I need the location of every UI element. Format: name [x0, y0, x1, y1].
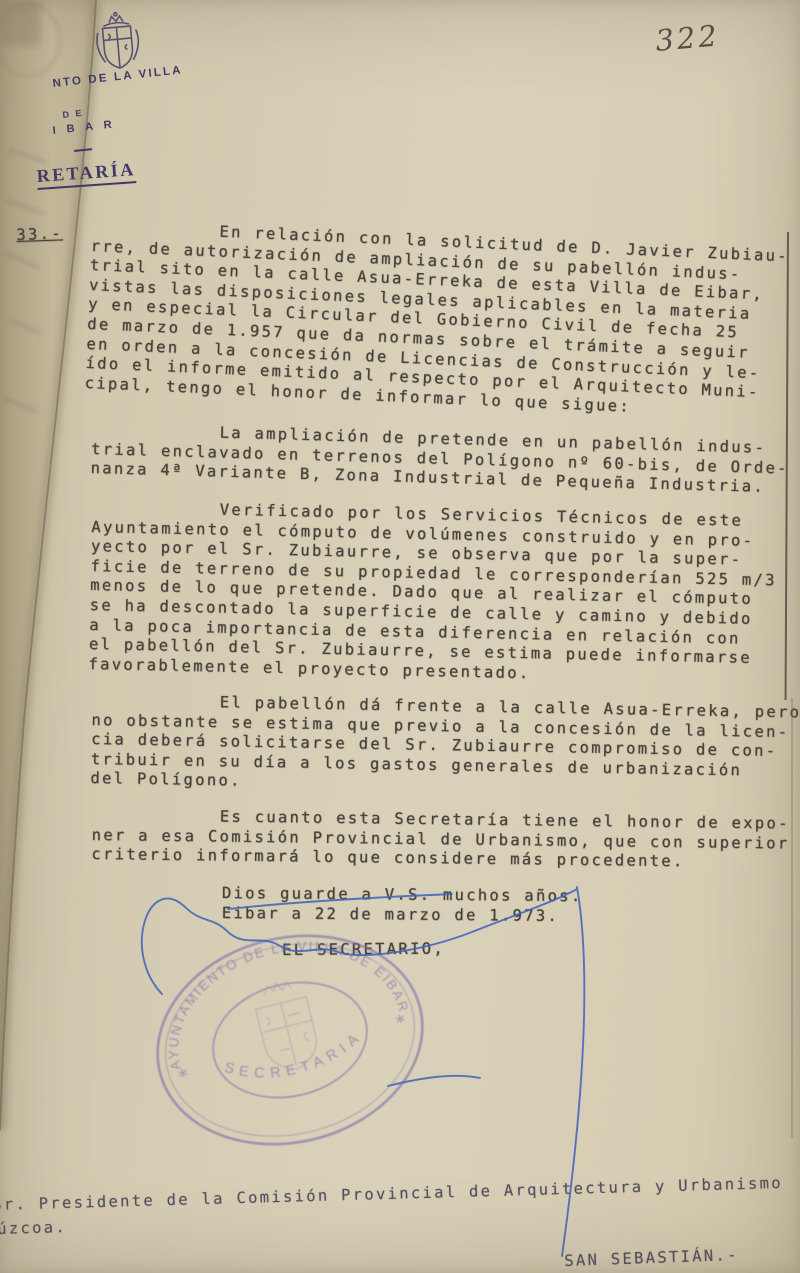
letterhead-department: RETARÍA — [36, 159, 137, 190]
scanned-document-photo: { "colors": { "paper": "#d7ceb5", "typew… — [0, 0, 800, 1273]
paragraph-4: El pabellón dá frente a la calle Asua-Er… — [90, 691, 800, 801]
stamp-star-left: * — [176, 1065, 192, 1089]
letterhead-org-line2: D E — [62, 108, 84, 120]
bleedthrough-crest-ghost — [0, 4, 60, 76]
right-page-edge-faint — [791, 698, 793, 1138]
paragraph-2: La ampliación de pretende en un pabellón… — [90, 420, 800, 499]
handwritten-page-number: 322 — [654, 18, 721, 57]
stamp-star-right: * — [393, 1011, 409, 1035]
letterhead-org-line3: I B A R — [52, 118, 116, 137]
paragraph-5: Es cuanto esta Secretaría tiene el honor… — [91, 806, 800, 873]
paragraph-3: Verificado por los Servicios Técnicos de… — [88, 498, 800, 689]
margin-reference-number: 33.- — [16, 224, 63, 245]
letterhead-divider — [74, 148, 92, 152]
signature-dash-stroke — [388, 1076, 480, 1086]
footer-addressee-line1: Sr. Presidente de la Comisión Provincial… — [0, 1174, 783, 1216]
footer-addressee-line2: úzcoa. — [0, 1218, 67, 1240]
paragraph-1: En relación con la solicitud de D. Javie… — [84, 217, 800, 424]
stamp-coat-of-arms — [251, 977, 323, 1075]
stamp-ring-text-top: AYUNTAMIENTO DE LA VILLA DE EIBAR — [144, 913, 411, 1072]
svg-text:SECRETARIA: SECRETARIA — [219, 1026, 371, 1095]
footer-city: SAN SEBASTIÁN.- — [564, 1246, 739, 1272]
closing-salute: Dios guarde a V.S. muchos años.Eibar a 2… — [222, 884, 583, 926]
svg-text:AYUNTAMIENTO DE LA VILLA DE EI: AYUNTAMIENTO DE LA VILLA DE EIBAR — [144, 913, 411, 1072]
signature-descender-stroke — [562, 887, 584, 1256]
photo-corner-shadow — [0, 0, 40, 46]
signer-title: EL SECRETARIO, — [282, 940, 445, 961]
stamp-ring-text-bottom: SECRETARIA — [219, 1026, 371, 1095]
